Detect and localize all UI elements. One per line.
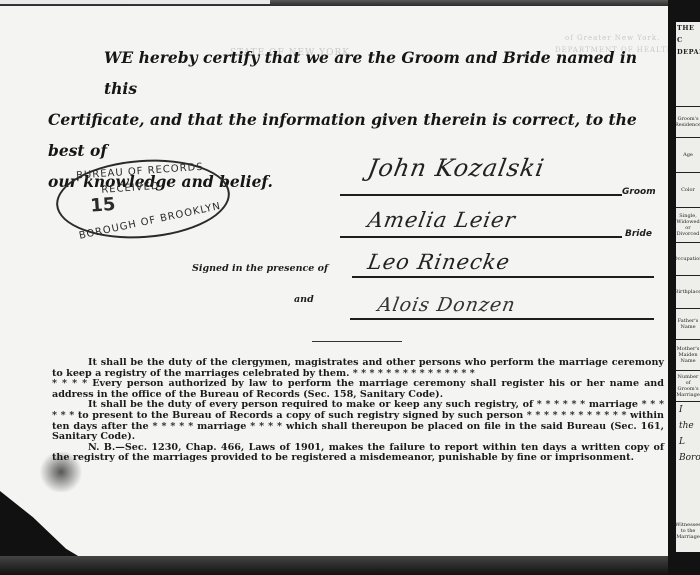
scan-bottom-edge bbox=[0, 556, 700, 575]
adjacent-header-1: THE C bbox=[676, 22, 700, 46]
adjacent-header-2: DEPAR bbox=[676, 46, 700, 58]
bride-signature: Amelia Leier bbox=[366, 208, 518, 232]
and-label: and bbox=[294, 294, 314, 305]
witness-1-signature: Leo Rinecke bbox=[366, 250, 512, 274]
signed-presence-label: Signed in the presence of bbox=[192, 263, 328, 274]
adjacent-row: Age bbox=[676, 137, 700, 172]
adjacent-row: Mother's Maiden Name bbox=[676, 339, 700, 370]
groom-signature: John Kozalski bbox=[366, 154, 547, 182]
ghost-city-header: of Greater New York. bbox=[565, 34, 660, 42]
divider-rule bbox=[312, 341, 402, 342]
adjacent-text-2: the L bbox=[676, 418, 700, 450]
certification-line-2: Certificate, and that the information gi… bbox=[48, 104, 658, 166]
witness-1-signature-line bbox=[352, 276, 654, 278]
law-notice: It shall be the duty of the clergymen, m… bbox=[52, 358, 664, 464]
adjacent-text-1: I bbox=[676, 402, 700, 418]
scan-top-highlight bbox=[0, 0, 270, 4]
stamp-date: 15 bbox=[90, 194, 116, 217]
ink-blot bbox=[38, 452, 84, 492]
law-paragraph-2: * * * * Every person authorized by law t… bbox=[52, 379, 664, 400]
adjacent-row: Father's Name bbox=[676, 308, 700, 339]
law-paragraph-4: N. B.—Sec. 1230, Chap. 466, Laws of 1901… bbox=[52, 443, 664, 464]
adjacent-text-3: Borou bbox=[676, 450, 700, 466]
witness-2-signature: Alois Donzen bbox=[376, 294, 517, 316]
adjacent-row: Color bbox=[676, 172, 700, 207]
bride-signature-line bbox=[340, 236, 622, 238]
law-paragraph-1: It shall be the duty of the clergymen, m… bbox=[52, 358, 664, 379]
groom-label: Groom bbox=[622, 187, 656, 197]
bride-label: Bride bbox=[625, 229, 652, 239]
adjacent-row: Birthplace bbox=[676, 275, 700, 308]
certification-line-1: WE hereby certify that we are the Groom … bbox=[48, 42, 658, 104]
adjacent-row: Number of Groom's Marriage bbox=[676, 370, 700, 402]
adjacent-page: THE C DEPAR Groom's Residence Age Color … bbox=[676, 22, 700, 552]
groom-signature-line bbox=[340, 194, 622, 196]
adjacent-footer: Witnesses to the Marriage bbox=[676, 516, 700, 546]
witness-2-signature-line bbox=[350, 318, 654, 320]
law-paragraph-3: It shall be the duty of every person req… bbox=[52, 400, 664, 442]
adjacent-row: Occupation bbox=[676, 242, 700, 275]
adjacent-row: Groom's Residence bbox=[676, 106, 700, 137]
adjacent-row: Single, Widowed or Divorced bbox=[676, 207, 700, 242]
